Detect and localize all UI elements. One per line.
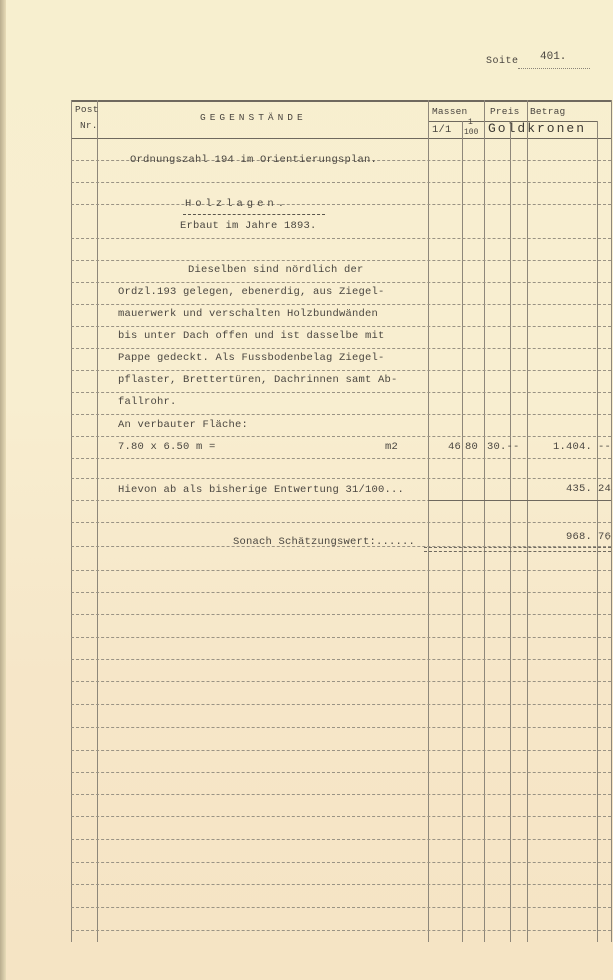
massen-int: 46 <box>448 441 461 453</box>
table-top-border <box>71 100 611 102</box>
row-rule <box>71 727 611 728</box>
row-rule <box>71 478 611 479</box>
total-text: Sonach Schätzungswert:...... <box>233 536 415 548</box>
row-rule <box>71 204 611 205</box>
area-unit: m2 <box>385 441 398 453</box>
row-rule <box>71 570 611 571</box>
row-rule <box>71 907 611 908</box>
description-line: bis unter Dach offen und ist dasselbe mi… <box>118 330 385 342</box>
row-rule <box>71 839 611 840</box>
description-line: Dieselben sind nördlich der <box>188 264 364 276</box>
header-nr: Nr. <box>80 120 98 131</box>
row-rule <box>71 458 611 459</box>
header-massen-full: 1/1 <box>432 124 452 136</box>
description-line: pflaster, Brettertüren, Dachrinnen samt … <box>118 374 398 386</box>
row-rule <box>71 282 611 283</box>
row-rule <box>71 614 611 615</box>
row-rule <box>71 370 611 371</box>
header-bottom-border <box>71 138 611 139</box>
header-post: Post <box>75 104 99 115</box>
betrag-int: 1.404. <box>553 441 592 453</box>
total-double-rule <box>424 547 611 552</box>
built-year-line: Erbaut im Jahre 1893. <box>180 220 317 232</box>
col-line-right <box>611 100 612 942</box>
ordnungszahl-line: Ordnungszahl 194 im Orientierungsplan. <box>130 154 377 166</box>
area-formula: 7.80 x 6.50 m = <box>118 441 216 453</box>
row-rule <box>71 816 611 817</box>
row-rule <box>71 522 611 523</box>
header-massen-fraction-num: 1 <box>468 118 473 127</box>
section-title-underline <box>183 214 325 215</box>
row-rule <box>71 592 611 593</box>
row-rule <box>71 348 611 349</box>
row-rule <box>71 436 611 437</box>
row-rule <box>71 326 611 327</box>
header-currency-stamp: Goldkronen <box>488 121 586 136</box>
row-rule <box>71 750 611 751</box>
description-line: mauerwerk und verschalten Holzbundwänden <box>118 308 378 320</box>
row-rule <box>71 772 611 773</box>
total-int: 968. <box>566 531 592 543</box>
row-rule <box>71 304 611 305</box>
deduction-int: 435. <box>566 483 592 495</box>
row-rule <box>71 930 611 931</box>
row-rule <box>71 260 611 261</box>
row-rule <box>71 238 611 239</box>
deduction-dec: 24 <box>598 483 611 495</box>
area-label: An verbauter Fläche: <box>118 419 248 431</box>
description-line: Ordzl.193 gelegen, ebenerdig, aus Ziegel… <box>118 286 385 298</box>
massen-dec: 80 <box>465 441 478 453</box>
row-rule <box>71 659 611 660</box>
header-gegenstaende: GEGENSTÄNDE <box>200 112 307 123</box>
row-rule <box>71 637 611 638</box>
header-massen-fraction-den: 100 <box>464 128 478 137</box>
check-mark-icon: ✓ <box>606 533 612 545</box>
betrag-dec: -- <box>598 441 611 453</box>
header-massen: Massen <box>432 106 467 117</box>
row-rule <box>71 862 611 863</box>
row-rule <box>71 884 611 885</box>
preis-value: 30.-- <box>487 441 520 453</box>
header-preis: Preis <box>490 106 520 117</box>
deduction-text: Hievon ab als bisherige Entwertung 31/10… <box>118 484 404 496</box>
row-rule <box>71 392 611 393</box>
description-line: fallrohr. <box>118 396 177 408</box>
row-rule <box>71 414 611 415</box>
row-rule <box>71 681 611 682</box>
col-line-massen-mid <box>462 121 463 942</box>
description-line: Pappe gedeckt. Als Fussbodenbelag Ziegel… <box>118 352 385 364</box>
row-rule <box>71 182 611 183</box>
subtotal-rule <box>428 500 611 501</box>
section-title: Holzlagen. <box>185 198 288 210</box>
header-betrag: Betrag <box>530 106 565 117</box>
row-rule <box>71 704 611 705</box>
col-line-preis-mid <box>510 121 511 942</box>
row-rule <box>71 794 611 795</box>
